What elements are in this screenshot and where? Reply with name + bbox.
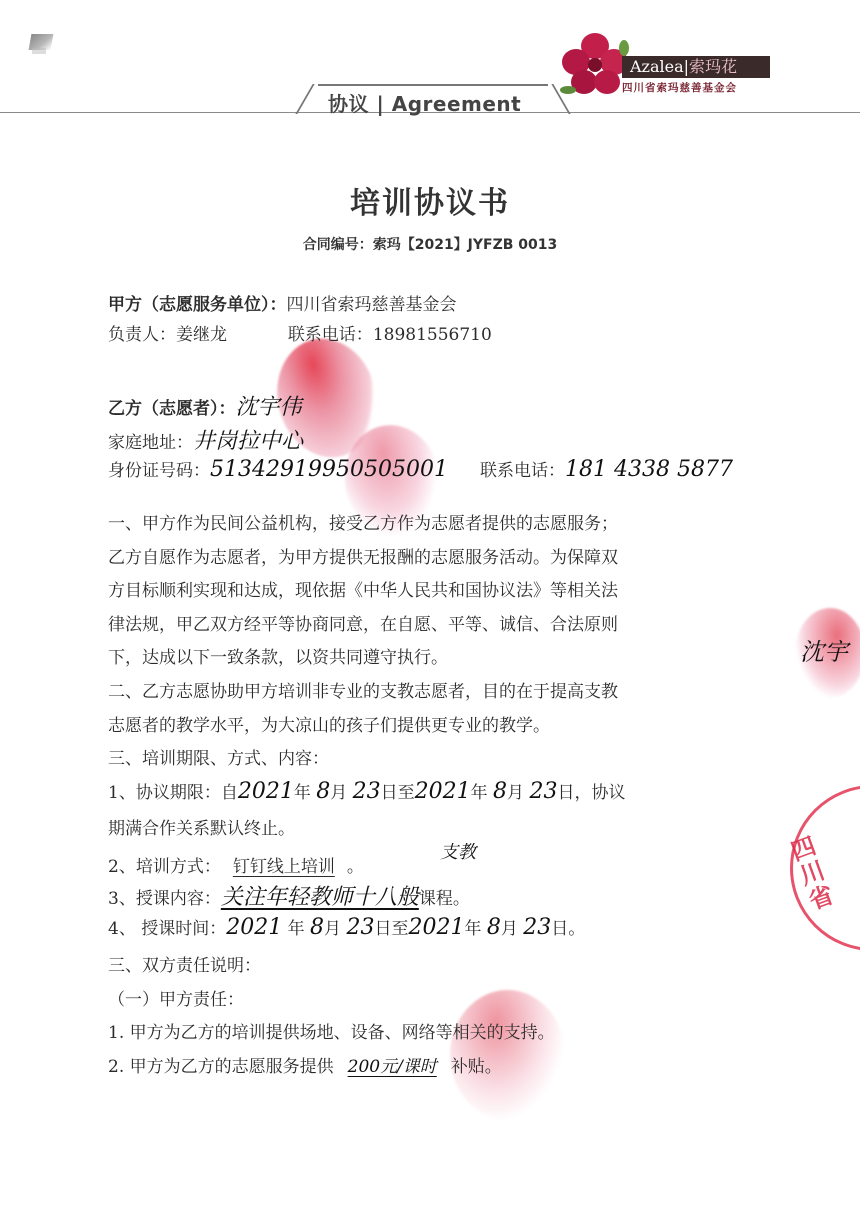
item4-start-day: 23 [346,915,374,940]
month-label: 月 [501,919,518,939]
party-b-label: 乙方（志愿者）： [108,399,236,419]
item1-start-month: 8 [316,779,330,804]
clause-one-line: 下，达成以下一致条款，以资共同遵守执行。 [108,642,748,676]
item-training-method: 2、培训方式：钉钉线上培训。 [108,852,364,877]
item4-start-month: 8 [310,915,324,940]
party-b-address: 井岗拉中心 [193,429,303,454]
year-label: 年 [464,919,481,939]
day-to-label: 日至 [381,783,415,803]
party-a-person-label: 负责人： [108,325,176,345]
azalea-flower-icon [560,32,630,96]
party-b-id-line: 身份证号码：51342919950505001 [108,456,448,482]
item1-end-year: 2021 [415,779,471,804]
item3-prefix: 3、授课内容： [108,889,221,909]
course-content-value: 关注年轻教师十八般 [221,885,419,910]
party-b-address-label: 家庭地址： [108,433,193,453]
responsibility-item-1: 1. 甲方为乙方的培训提供场地、设备、网络等相关的支持。 [108,1017,748,1051]
item4-end-month: 8 [487,915,501,940]
responsibilities-section: 三、双方责任说明： （一）甲方责任： 1. 甲方为乙方的培训提供场地、设备、网络… [108,950,748,1084]
year-label: 年 [294,783,311,803]
party-b-phone: 181 4338 5877 [565,457,733,482]
party-b-id: 51342919950505001 [210,457,448,482]
clause-one: 一、甲方作为民间公益机构，接受乙方作为志愿者提供的志愿服务； 乙方自愿作为志愿者… [108,508,748,676]
document-title: 培训协议书 [0,178,860,222]
training-method-value: 钉钉线上培训 [221,857,347,877]
clause-two: 二、乙方志愿协助甲方培训非专业的支教志愿者，目的在于提高支教 志愿者的教学水平，… [108,676,748,777]
party-a-label: 甲方（志愿服务单位）： [108,295,287,315]
item1-start-year: 2021 [238,779,294,804]
resp2-prefix: 2. 甲方为乙方的志愿服务提供 [108,1057,334,1077]
clause-one-line: 乙方自愿作为志愿者，为甲方提供无报酬的志愿服务活动。为保障双 [108,542,748,576]
item4-end-day: 23 [523,915,551,940]
agreement-band-label: 协议 | Agreement [328,88,521,117]
item3-suffix: 课程。 [419,889,470,909]
party-a-name: 四川省索玛慈善基金会 [287,295,457,315]
party-a-contact-line: 负责人：姜继龙 联系电话：18981556710 [108,320,492,345]
month-label: 月 [324,919,341,939]
logo-brand-en: Azalea [630,57,684,76]
responsibility-item-2: 2. 甲方为乙方的志愿服务提供200元/课时补贴。 [108,1051,748,1085]
clause-two-line: 二、乙方志愿协助甲方培训非专业的支教志愿者，目的在于提高支教 [108,676,748,710]
clause-one-line: 一、甲方作为民间公益机构，接受乙方作为志愿者提供的志愿服务； [108,508,748,542]
logo-brand-bar: Azalea|索玛花 [622,56,770,78]
margin-signature: 沈宇 [800,632,848,667]
item1-end-month: 8 [493,779,507,804]
logo-brand-cn: 索玛花 [689,57,737,76]
day-to-label: 日至 [374,919,408,939]
item1-prefix: 1、协议期限：自 [108,783,238,803]
party-b-line: 乙方（志愿者）：沈宇伟 [108,390,302,421]
logo-org-name: 四川省索玛慈善基金会 [622,80,737,95]
item1-suffix: 日，协议 [557,783,625,803]
party-b-signature: 沈宇伟 [236,395,302,420]
item1-line2: 期满合作关系默认终止。 [108,814,295,839]
party-a-responsibility-heading: （一）甲方责任： [108,984,748,1018]
year-label: 年 [471,783,488,803]
party-a-phone-label: 联系电话： [288,325,373,345]
item4-start-year: 2021 [226,915,282,940]
item3-annotation: 支教 [440,838,476,864]
item-agreement-period: 1、协议期限：自2021年 8月 23日至2021年 8月 23日，协议 [108,778,625,804]
month-label: 月 [330,783,347,803]
resp2-suffix: 补贴。 [451,1057,502,1077]
party-b-address-line: 家庭地址：井岗拉中心 [108,424,303,455]
item4-suffix: 日。 [551,919,585,939]
item-course-content: 3、授课内容：关注年轻教师十八般课程。 [108,880,470,911]
item1-start-day: 23 [353,779,381,804]
party-a-line: 甲方（志愿服务单位）：四川省索玛慈善基金会 [108,290,457,315]
clause-one-line: 方目标顺利实现和达成，现依据《中华人民共和国协议法》等相关法 [108,575,748,609]
month-label: 月 [507,783,524,803]
clause-three-heading: 三、培训期限、方式、内容： [108,743,748,777]
item2-suffix: 。 [347,857,364,877]
clause-one-line: 律法规，甲乙双方经平等协商同意，在自愿、平等、诚信、合法原则 [108,609,748,643]
item4-prefix: 4、 授课时间： [108,919,226,939]
party-b-phone-label: 联系电话： [480,461,565,481]
item2-prefix: 2、培训方式： [108,857,221,877]
contract-number: 合同编号：索玛【2021】JYFZB 0013 [0,234,860,254]
year-label: 年 [288,919,305,939]
item4-end-year: 2021 [408,915,464,940]
scan-smudge [32,48,46,54]
responsibility-heading: 三、双方责任说明： [108,950,748,984]
subsidy-value: 200元/课时 [334,1057,451,1077]
item1-end-day: 23 [529,779,557,804]
party-b-phone-line: 联系电话：181 4338 5877 [480,456,733,482]
clause-two-line: 志愿者的教学水平，为大凉山的孩子们提供更专业的教学。 [108,710,748,744]
party-b-id-label: 身份证号码： [108,461,210,481]
party-a-phone: 18981556710 [373,325,492,345]
item-teaching-time: 4、 授课时间：2021 年 8月 23日至2021年 8月 23日。 [108,914,585,940]
party-a-person: 姜继龙 [176,325,227,345]
foundation-logo: Azalea|索玛花 四川省索玛慈善基金会 [560,28,775,100]
